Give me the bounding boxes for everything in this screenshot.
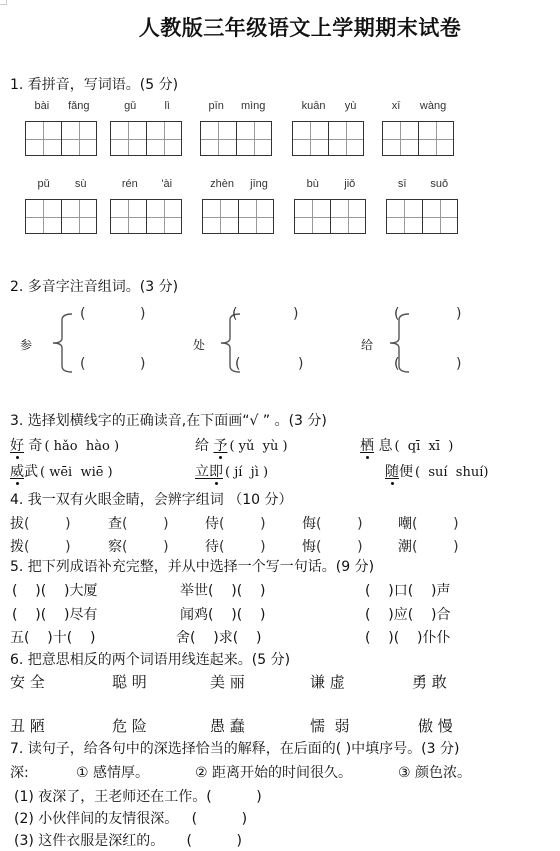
pronunciation-item: 立即( jí jì ): [195, 461, 268, 481]
answer-paren-close[interactable]: ): [140, 306, 145, 322]
antonym-word-bottom[interactable]: 丑 陋: [10, 715, 45, 736]
antonym-word-top[interactable]: 安 全: [10, 671, 45, 692]
pinyin-label: pǔsù: [25, 178, 99, 190]
polyphone-char: 处: [193, 336, 205, 353]
answer-paren-close[interactable]: ): [456, 306, 461, 322]
tianzige-answer-grid[interactable]: [292, 121, 364, 156]
pinyin-options[interactable]: ( jí jì ): [225, 465, 268, 480]
tianzige-answer-grid[interactable]: [110, 199, 182, 234]
pinyin-syllable: pīn: [209, 100, 224, 112]
grid-cell[interactable]: [26, 200, 61, 233]
grid-cell[interactable]: [387, 200, 422, 233]
char-compare-item: 待( ): [205, 536, 266, 556]
char-compare-item: 查( ): [108, 513, 169, 533]
q7-def-1: ① 感情厚。: [76, 762, 149, 782]
answer-blank[interactable]: ( ): [219, 516, 266, 532]
answer-paren-open[interactable]: (: [394, 306, 399, 322]
grid-cell[interactable]: [201, 122, 236, 155]
grid-cell[interactable]: [328, 122, 364, 155]
word-char: 立: [195, 464, 209, 480]
answer-paren-close[interactable]: ): [298, 356, 303, 372]
answer-blank[interactable]: ( ): [122, 539, 169, 555]
tianzige-answer-grid[interactable]: [25, 199, 97, 234]
pinyin-label: xīwàng: [382, 100, 456, 112]
grid-cell[interactable]: [383, 122, 418, 155]
target-char: 潮: [398, 539, 412, 555]
pronunciation-item: 威武( wēi wiē ): [10, 461, 113, 481]
antonym-word-bottom[interactable]: 懦 弱: [310, 715, 350, 736]
pinyin-syllable: bài: [34, 100, 49, 112]
idiom-fill-item[interactable]: 闻鸡( )( ): [180, 604, 265, 624]
idiom-fill-item[interactable]: ( )口( )声: [365, 580, 450, 600]
pinyin-syllable: rén: [122, 178, 138, 190]
target-char: 拨: [10, 539, 24, 555]
target-char: 悔: [302, 539, 316, 555]
target-char: 待: [205, 539, 219, 555]
idiom-fill-item[interactable]: ( )( )尽有: [12, 604, 97, 624]
answer-paren-close[interactable]: ): [140, 356, 145, 372]
antonym-word-top[interactable]: 美 丽: [210, 671, 245, 692]
pinyin-syllable: jīng: [250, 178, 268, 190]
grid-cell[interactable]: [111, 200, 146, 233]
pinyin-syllable: sī: [398, 178, 407, 190]
tianzige-answer-grid[interactable]: [110, 121, 182, 156]
idiom-fill-item[interactable]: 举世( )( ): [180, 580, 265, 600]
char-compare-item: 嘲( ): [398, 513, 459, 533]
pinyin-label: zhènjīng: [202, 178, 276, 190]
q7-sentence-3: (3) 这件衣服是深红的。 ( ): [14, 830, 242, 850]
idiom-fill-item[interactable]: 舍( )求( ): [176, 627, 261, 647]
char-compare-item: 悔( ): [302, 536, 363, 556]
q2-heading: 2. 多音字注音组词。(3 分): [10, 276, 178, 296]
word-char: 奇: [24, 438, 42, 454]
grid-cell[interactable]: [330, 200, 366, 233]
answer-blank[interactable]: ( ): [219, 539, 266, 555]
pinyin-label: bùjiǒ: [294, 178, 368, 190]
pinyin-options[interactable]: ( qī xī ): [394, 439, 453, 454]
answer-blank[interactable]: ( ): [412, 516, 459, 532]
tianzige-answer-grid[interactable]: [200, 121, 272, 156]
grid-cell[interactable]: [61, 200, 97, 233]
grid-cell[interactable]: [236, 122, 272, 155]
answer-paren-open[interactable]: (: [232, 306, 237, 322]
word-char: 武: [24, 464, 38, 480]
polyphone-char: 给: [361, 336, 373, 353]
q7-defs-label: 深:: [10, 762, 29, 782]
answer-paren-open[interactable]: (: [80, 306, 85, 322]
grid-cell[interactable]: [111, 122, 146, 155]
pronunciation-item: 好 奇( hǎo hào ): [10, 435, 119, 455]
q3-heading: 3. 选择划横线字的正确读音,在下面画“√ ” 。(3 分): [10, 410, 327, 430]
char-compare-item: 察( ): [108, 536, 169, 556]
answer-paren-close[interactable]: ): [293, 306, 298, 322]
answer-blank[interactable]: ( ): [24, 516, 71, 532]
q1-heading: 1. 看拼音，写词语。(5 分): [10, 74, 178, 94]
pinyin-syllable: gǔ: [124, 100, 136, 112]
antonym-word-bottom[interactable]: 愚 蠢: [210, 715, 245, 736]
pinyin-syllable: lì: [164, 100, 170, 112]
pinyin-syllable: kuān: [302, 100, 326, 112]
pronunciation-item: 给 予( yǔ yù ): [195, 435, 288, 455]
pronunciation-item: 随便( suí shuí): [385, 461, 488, 481]
antonym-word-bottom[interactable]: 傲 慢: [418, 715, 453, 736]
grid-cell[interactable]: [146, 200, 182, 233]
pinyin-syllable: zhèn: [210, 178, 234, 190]
pinyin-syllable: wàng: [420, 100, 446, 112]
curly-brace-icon: [385, 310, 415, 376]
pinyin-options[interactable]: ( wēi wiē ): [40, 465, 113, 480]
target-char: 嘲: [398, 516, 412, 532]
antonym-word-top[interactable]: 聪 明: [112, 671, 147, 692]
answer-blank[interactable]: ( ): [412, 539, 459, 555]
answer-blank[interactable]: ( ): [24, 539, 71, 555]
target-char: 侍: [205, 516, 219, 532]
polyphone-char: 参: [20, 336, 32, 353]
antonym-word-bottom[interactable]: 危 险: [112, 715, 147, 736]
tianzige-answer-grid[interactable]: [294, 199, 366, 234]
pinyin-syllable: bù: [307, 178, 319, 190]
tianzige-answer-grid[interactable]: [382, 121, 454, 156]
q7-def-2: ② 距离开始的时间很久。: [195, 762, 352, 782]
word-char: 予: [213, 438, 227, 454]
q5-heading: 5. 把下列成语补充完整，并从中选择一个写一句话。(9 分): [10, 556, 374, 576]
grid-cell[interactable]: [26, 122, 61, 155]
tianzige-answer-grid[interactable]: [25, 121, 97, 156]
word-char: 威: [10, 464, 24, 480]
pinyin-label: sīsuǒ: [386, 178, 460, 190]
pinyin-label: rén'ài: [110, 178, 184, 190]
pinyin-label: kuānyù: [292, 100, 366, 112]
grid-cell[interactable]: [61, 122, 97, 155]
word-char: 便: [399, 464, 413, 480]
answer-paren-close[interactable]: ): [456, 356, 461, 372]
page-title: 人教版三年级语文上学期期末试卷: [0, 12, 560, 42]
pinyin-label: gǔlì: [110, 100, 184, 112]
pinyin-syllable: yù: [345, 100, 357, 112]
answer-blank[interactable]: ( ): [316, 516, 363, 532]
pinyin-syllable: pǔ: [38, 178, 50, 190]
pinyin-syllable: sù: [75, 178, 87, 190]
word-char: 即: [209, 464, 223, 480]
curly-brace-icon: [216, 310, 246, 376]
pinyin-options[interactable]: ( suí shuí): [415, 465, 488, 480]
target-char: 侮: [302, 516, 316, 532]
pinyin-syllable: fǎng: [68, 100, 89, 112]
pinyin-syllable: 'ài: [161, 178, 172, 190]
q7-def-3: ③ 颜色浓。: [398, 762, 471, 782]
idiom-fill-item[interactable]: ( )应( )合: [365, 604, 450, 624]
pinyin-syllable: mìng: [241, 100, 265, 112]
word-char: 给: [195, 438, 213, 454]
idiom-fill-item[interactable]: ( )( )仆仆: [365, 627, 450, 647]
target-char: 拔: [10, 516, 24, 532]
pronunciation-item: 栖 息( qī xī ): [360, 435, 453, 455]
pinyin-options[interactable]: ( yǔ yù ): [229, 439, 287, 454]
char-compare-item: 拨( ): [10, 536, 71, 556]
target-char: 察: [108, 539, 122, 555]
target-char: 查: [108, 516, 122, 532]
grid-cell[interactable]: [422, 200, 458, 233]
image-corner-marker: [0, 0, 7, 5]
q7-sentence-1: (1) 夜深了，王老师还在工作。( ): [14, 786, 262, 806]
answer-blank[interactable]: ( ): [122, 516, 169, 532]
grid-cell[interactable]: [203, 200, 238, 233]
answer-blank[interactable]: ( ): [316, 539, 363, 555]
antonym-word-top[interactable]: 谦 虚: [310, 671, 345, 692]
q6-heading: 6. 把意思相反的两个词语用线连起来。(5 分): [10, 649, 290, 669]
q4-heading: 4. 我一双有火眼金睛，会辨字组词 （10 分）: [10, 489, 293, 509]
word-char: 栖: [360, 438, 374, 454]
pinyin-options[interactable]: ( hǎo hào ): [44, 439, 119, 454]
q7-sentence-2: (2) 小伙伴间的友情很深。 ( ): [14, 808, 247, 828]
pinyin-label: bàifǎng: [25, 100, 99, 112]
grid-cell[interactable]: [293, 122, 328, 155]
grid-cell[interactable]: [238, 200, 274, 233]
grid-cell[interactable]: [418, 122, 454, 155]
pinyin-syllable: jiǒ: [344, 178, 355, 190]
answer-paren-open[interactable]: (: [394, 356, 399, 372]
pinyin-syllable: suǒ: [430, 178, 448, 190]
char-compare-item: 潮( ): [398, 536, 459, 556]
pinyin-syllable: xī: [392, 100, 401, 112]
idiom-fill-item[interactable]: 五( )十( ): [10, 627, 95, 647]
answer-paren-open[interactable]: (: [80, 356, 85, 372]
word-char: 随: [385, 464, 399, 480]
char-compare-item: 侮( ): [302, 513, 363, 533]
answer-paren-open[interactable]: (: [235, 356, 240, 372]
pinyin-label: pīnmìng: [200, 100, 274, 112]
word-char: 好: [10, 438, 24, 454]
antonym-word-top[interactable]: 勇 敢: [412, 671, 447, 692]
char-compare-item: 侍( ): [205, 513, 266, 533]
q7-heading: 7. 读句子，给各句中的深选择恰当的解释，在后面的( )中填序号。(3 分): [10, 738, 459, 758]
curly-brace-icon: [48, 310, 78, 376]
idiom-fill-item[interactable]: ( )( )大厦: [12, 580, 97, 600]
grid-cell[interactable]: [146, 122, 182, 155]
grid-cell[interactable]: [295, 200, 330, 233]
tianzige-answer-grid[interactable]: [202, 199, 274, 234]
char-compare-item: 拔( ): [10, 513, 71, 533]
tianzige-answer-grid[interactable]: [386, 199, 458, 234]
word-char: 息: [374, 438, 392, 454]
